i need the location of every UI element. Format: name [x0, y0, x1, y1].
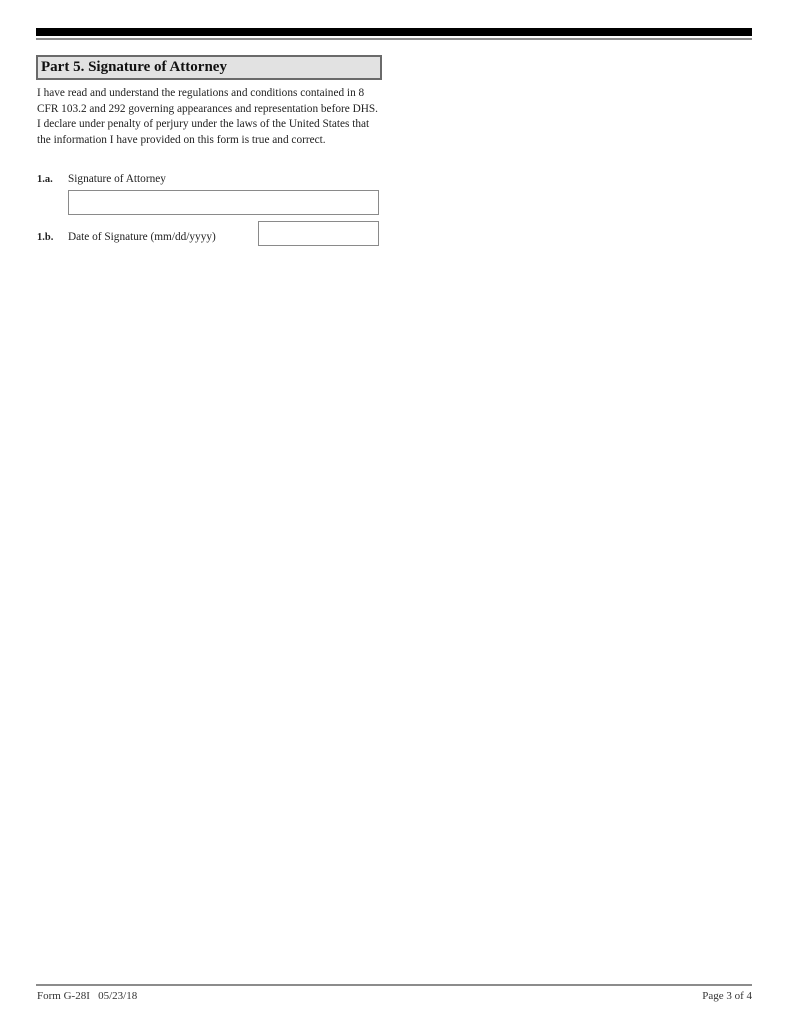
- date-of-signature-field[interactable]: [258, 221, 379, 246]
- signature-label: Signature of Attorney: [68, 173, 166, 185]
- field-number-1b: 1.b.: [37, 232, 53, 243]
- footer-divider: [36, 984, 752, 986]
- top-divider: [36, 38, 752, 40]
- section-header: Part 5. Signature of Attorney: [36, 55, 382, 80]
- field-number-1a: 1.a.: [37, 174, 53, 185]
- page-number: Page 3 of 4: [702, 990, 752, 1002]
- date-of-signature-label: Date of Signature (mm/dd/yyyy): [68, 231, 216, 243]
- top-border-bar: [36, 28, 752, 36]
- form-id-edition: Form G-28I 05/23/18: [37, 990, 137, 1002]
- signature-of-attorney-field[interactable]: [68, 190, 379, 215]
- attorney-declaration-text: I have read and understand the regulatio…: [37, 86, 382, 148]
